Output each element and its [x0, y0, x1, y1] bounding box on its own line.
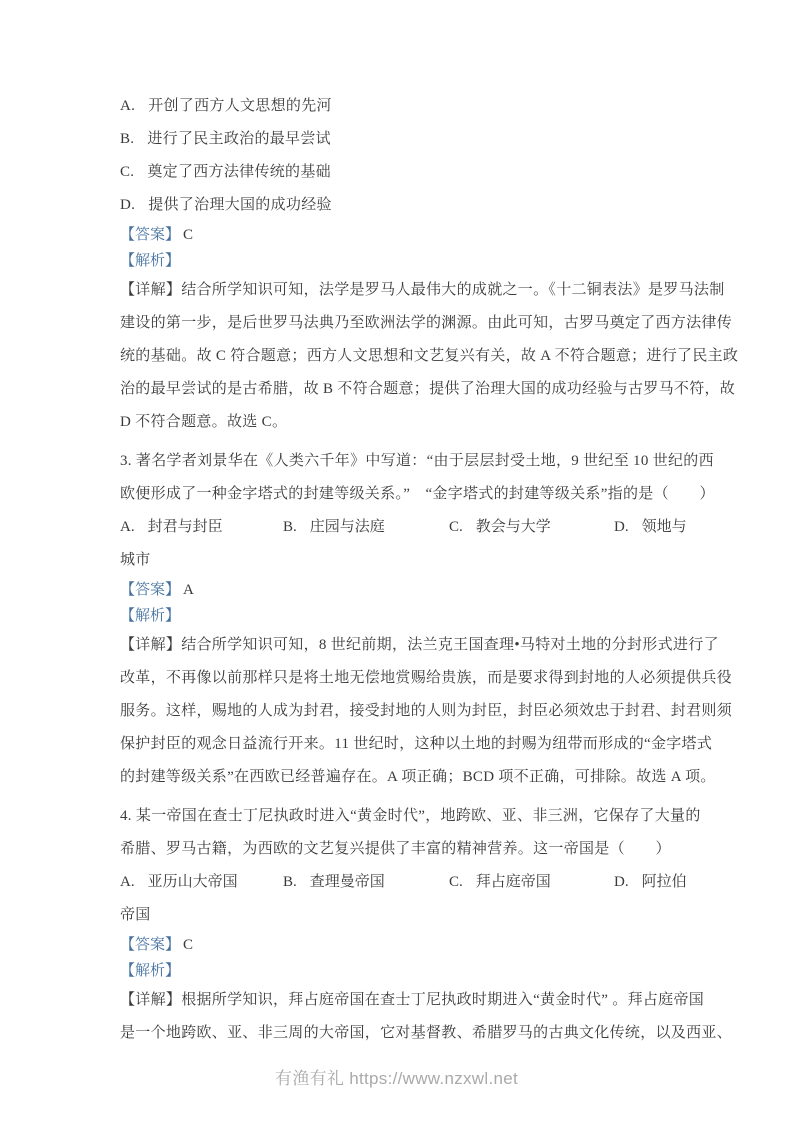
- analysis-line: 【解析】: [120, 958, 677, 984]
- document-page: A.开创了西方人文思想的先河 B.进行了民主政治的最早尝试 C.奠定了西方法律传…: [0, 0, 793, 1122]
- explanation-line: 的封建等级关系”在西欧已经普遍存在。A 项正确；BCD 项不正确，可排除。故选 …: [120, 761, 677, 794]
- option-label: A.: [120, 90, 135, 123]
- option-overflow: 帝国: [120, 899, 677, 932]
- analysis-label: 【解析】: [120, 608, 180, 624]
- answer-label: 【答案】: [120, 937, 180, 953]
- option-text: 教会与大学: [476, 519, 551, 535]
- question4-options-row: A.亚历山大帝国 B.查理曼帝国 C.拜占庭帝国 D.阿拉伯: [120, 866, 677, 899]
- answer-line: 【答案】C: [120, 222, 677, 248]
- answer-value: A: [183, 582, 194, 598]
- question2-explanation: 【详解】结合所学知识可知，法学是罗马人最伟大的成就之一。《十二铜表法》是罗马法制…: [120, 274, 677, 439]
- option-cell: D.阿拉伯: [614, 866, 687, 899]
- analysis-label: 【解析】: [120, 253, 180, 269]
- explanation-line: 统的基础。故 C 符合题意；西方人文思想和文艺复兴有关，故 A 不符合题意；进行…: [120, 340, 677, 373]
- option-text: 封君与封臣: [148, 519, 223, 535]
- option-label: C.: [120, 156, 134, 189]
- question-line: 希腊、罗马古籍，为西欧的文艺复兴提供了丰富的精神营养。这一帝国是（ ）: [120, 833, 677, 866]
- explanation-line: 改革，不再像以前那样只是将土地无偿地赏赐给贵族，而是要求得到封地的人必须提供兵役: [120, 662, 677, 695]
- analysis-line: 【解析】: [120, 248, 677, 274]
- answer-label: 【答案】: [120, 582, 180, 598]
- answer-line: 【答案】A: [120, 577, 677, 603]
- option-text: 提供了治理大国的成功经验: [148, 197, 332, 213]
- option-label: D.: [614, 511, 629, 544]
- option-line: D.提供了治理大国的成功经验: [120, 189, 677, 222]
- option-label: A.: [120, 866, 135, 899]
- answer-label: 【答案】: [120, 227, 180, 243]
- option-label: C.: [449, 866, 463, 899]
- option-text: 奠定了西方法律传统的基础: [147, 164, 331, 180]
- option-label: B.: [120, 123, 134, 156]
- footer-watermark: 有渔有礼 https://www.nzxwl.net: [0, 1064, 793, 1089]
- question-line: 欧便形成了一种金字塔式的封建等级关系。” “金字塔式的封建等级关系”指的是（ ）: [120, 478, 677, 511]
- option-text: 阿拉伯: [642, 874, 687, 890]
- question3-explanation: 【详解】结合所学知识可知，8 世纪前期，法兰克王国查理•马特对土地的分封形式进行…: [120, 629, 677, 794]
- explanation-line: 建设的第一步，是后世罗马法典乃至欧洲法学的渊源。由此可知，古罗马奠定了西方法律传: [120, 307, 677, 340]
- explanation-line: 保护封臣的观念日益流行开来。11 世纪时，这种以土地的封赐为纽带而形成的“金字塔…: [120, 728, 677, 761]
- explanation-line: 服务。这样，赐地的人成为封君，接受封地的人则为封臣，封臣必须效忠于封君、封君则须: [120, 695, 677, 728]
- explanation-line: 治的最早尝试的是古希腊，故 B 不符合题意；提供了治理大国的成功经验与古罗马不符…: [120, 373, 677, 406]
- option-text: 领地与: [642, 519, 687, 535]
- option-cell: D.领地与: [614, 511, 687, 544]
- option-label: D.: [120, 189, 135, 222]
- option-text: 开创了西方人文思想的先河: [148, 98, 332, 114]
- option-label: B.: [283, 511, 297, 544]
- question-line: 3. 著名学者刘景华在《人类六千年》中写道：“由于层层封受土地，9 世纪至 10…: [120, 445, 677, 478]
- option-cell: A.封君与封臣: [120, 511, 283, 544]
- analysis-label: 【解析】: [120, 963, 180, 979]
- analysis-line: 【解析】: [120, 603, 677, 629]
- question2-options: A.开创了西方人文思想的先河 B.进行了民主政治的最早尝试 C.奠定了西方法律传…: [120, 90, 677, 222]
- explanation-line: 【详解】结合所学知识可知，法学是罗马人最伟大的成就之一。《十二铜表法》是罗马法制: [120, 274, 677, 307]
- option-label: B.: [283, 866, 297, 899]
- option-cell: C.教会与大学: [449, 511, 614, 544]
- option-line: A.开创了西方人文思想的先河: [120, 90, 677, 123]
- question3-block: 3. 著名学者刘景华在《人类六千年》中写道：“由于层层封受土地，9 世纪至 10…: [120, 445, 677, 794]
- option-overflow: 城市: [120, 544, 677, 577]
- explanation-line: D 不符合题意。故选 C。: [120, 406, 677, 439]
- question4-explanation: 【详解】根据所学知识，拜占庭帝国在查士丁尼执政时期进入“黄金时代” 。拜占庭帝国…: [120, 984, 677, 1050]
- option-cell: B.查理曼帝国: [283, 866, 449, 899]
- option-cell: A.亚历山大帝国: [120, 866, 283, 899]
- option-label: C.: [449, 511, 463, 544]
- explanation-line: 是一个地跨欧、亚、非三周的大帝国，它对基督教、希腊罗马的古典文化传统，以及西亚、: [120, 1017, 677, 1050]
- question-line: 4. 某一帝国在查士丁尼执政时进入“黄金时代”，地跨欧、亚、非三洲，它保存了大量…: [120, 800, 677, 833]
- answer-line: 【答案】C: [120, 932, 677, 958]
- answer-value: C: [183, 227, 193, 243]
- option-line: B.进行了民主政治的最早尝试: [120, 123, 677, 156]
- option-text: 庄园与法庭: [310, 519, 385, 535]
- option-text: 拜占庭帝国: [476, 874, 551, 890]
- option-label: D.: [614, 866, 629, 899]
- question4-block: 4. 某一帝国在查士丁尼执政时进入“黄金时代”，地跨欧、亚、非三洲，它保存了大量…: [120, 800, 677, 1050]
- explanation-line: 【详解】根据所学知识，拜占庭帝国在查士丁尼执政时期进入“黄金时代” 。拜占庭帝国: [120, 984, 677, 1017]
- option-text: 查理曼帝国: [310, 874, 385, 890]
- option-line: C.奠定了西方法律传统的基础: [120, 156, 677, 189]
- option-text: 进行了民主政治的最早尝试: [147, 131, 331, 147]
- explanation-line: 【详解】结合所学知识可知，8 世纪前期，法兰克王国查理•马特对土地的分封形式进行…: [120, 629, 677, 662]
- answer-value: C: [183, 937, 193, 953]
- option-label: A.: [120, 511, 135, 544]
- option-cell: B.庄园与法庭: [283, 511, 449, 544]
- question3-options-row: A.封君与封臣 B.庄园与法庭 C.教会与大学 D.领地与: [120, 511, 677, 544]
- option-text: 亚历山大帝国: [148, 874, 238, 890]
- option-cell: C.拜占庭帝国: [449, 866, 614, 899]
